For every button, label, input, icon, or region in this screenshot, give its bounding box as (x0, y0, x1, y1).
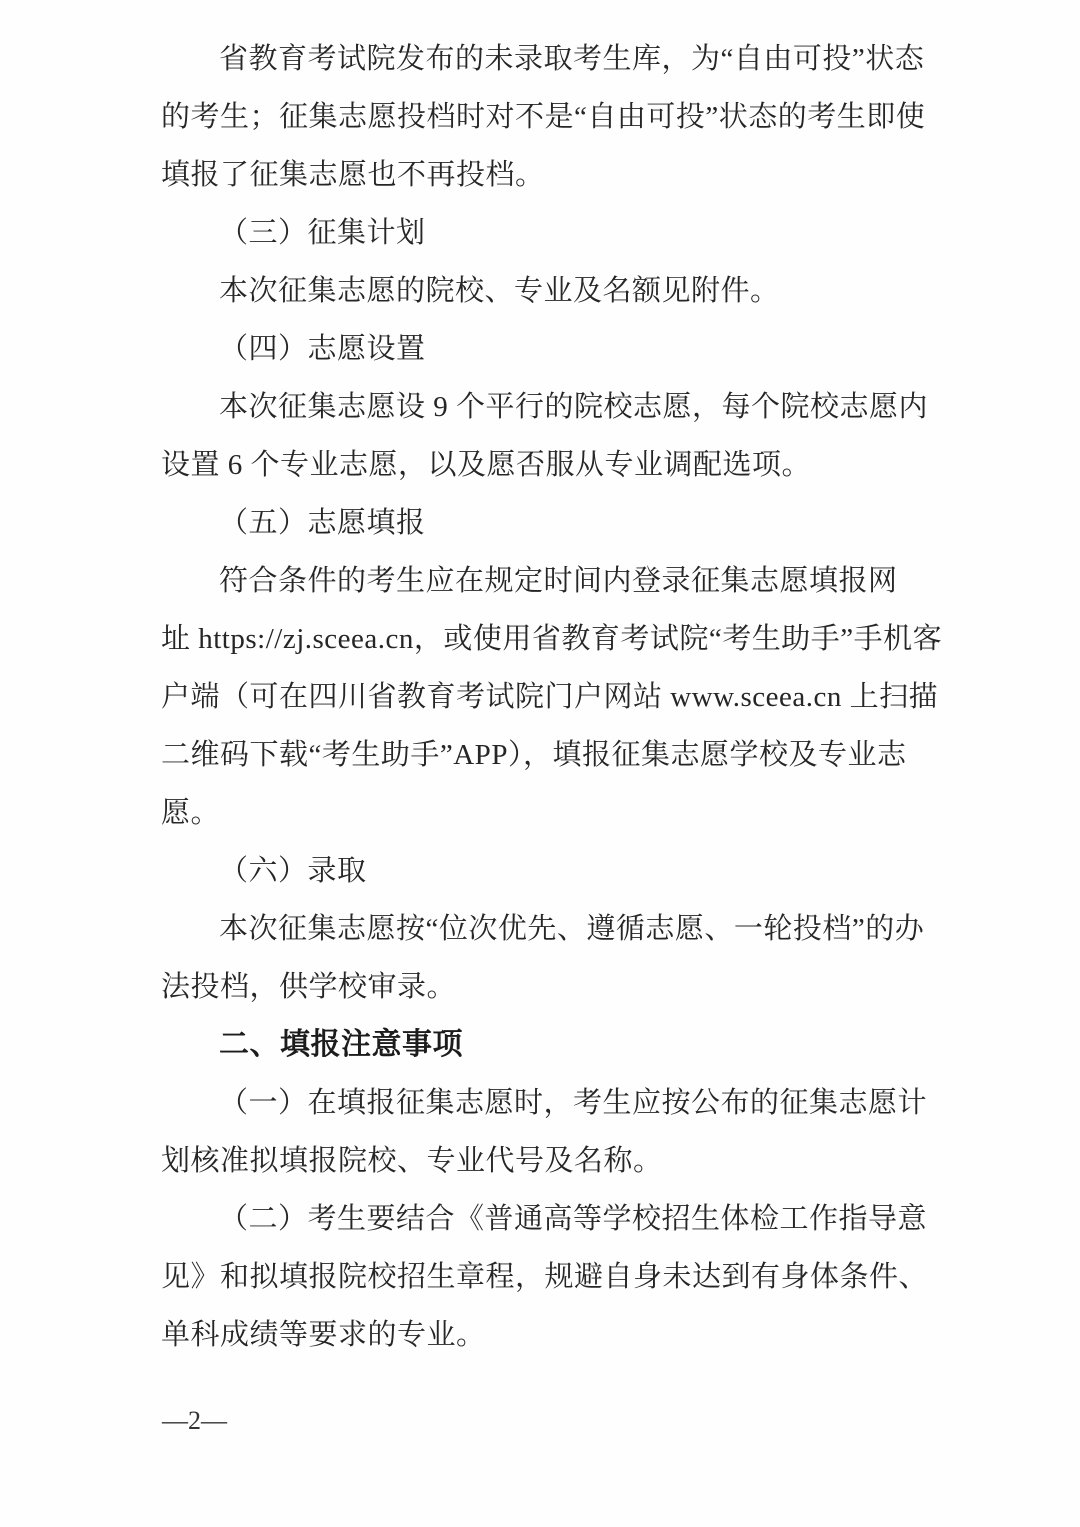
text-line: （五）志愿填报 (161, 494, 941, 552)
text-line: 划核准拟填报院校、专业代号及名称。 (161, 1132, 941, 1190)
text-line: 符合条件的考生应在规定时间内登录征集志愿填报网 (161, 552, 941, 610)
text-line: （一）在填报征集志愿时，考生应按公布的征集志愿计 (161, 1074, 941, 1132)
text-line: 址 https://zj.sceea.cn，或使用省教育考试院“考生助手”手机客 (161, 610, 941, 668)
text-line: 省教育考试院发布的未录取考生库，为“自由可投”状态 (161, 30, 941, 88)
section-heading: 二、填报注意事项 (161, 1016, 941, 1074)
text-line: 的考生；征集志愿投档时对不是“自由可投”状态的考生即使 (161, 88, 941, 146)
text-line: 设置 6 个专业志愿，以及愿否服从专业调配选项。 (161, 436, 941, 494)
text-line: （二）考生要结合《普通高等学校招生体检工作指导意 (161, 1190, 941, 1248)
text-line: 见》和拟填报院校招生章程，规避自身未达到有身体条件、 (161, 1248, 941, 1306)
text-line: 填报了征集志愿也不再投档。 (161, 146, 941, 204)
document-page: 省教育考试院发布的未录取考生库，为“自由可投”状态的考生；征集志愿投档时对不是“… (0, 0, 1080, 1527)
text-line: 户端（可在四川省教育考试院门户网站 www.sceea.cn 上扫描 (161, 668, 941, 726)
text-line: （六）录取 (161, 842, 941, 900)
document-body: 省教育考试院发布的未录取考生库，为“自由可投”状态的考生；征集志愿投档时对不是“… (161, 30, 941, 1364)
text-line: 单科成绩等要求的专业。 (161, 1306, 941, 1364)
text-line: 本次征集志愿设 9 个平行的院校志愿，每个院校志愿内 (161, 378, 941, 436)
page-number: —2— (162, 1406, 227, 1436)
text-line: 本次征集志愿的院校、专业及名额见附件。 (161, 262, 941, 320)
text-line: 法投档，供学校审录。 (161, 958, 941, 1016)
text-line: 二维码下载“考生助手”APP），填报征集志愿学校及专业志 (161, 726, 941, 784)
text-line: （三）征集计划 (161, 204, 941, 262)
text-line: 本次征集志愿按“位次优先、遵循志愿、一轮投档”的办 (161, 900, 941, 958)
text-line: 愿。 (161, 784, 941, 842)
text-line: （四）志愿设置 (161, 320, 941, 378)
